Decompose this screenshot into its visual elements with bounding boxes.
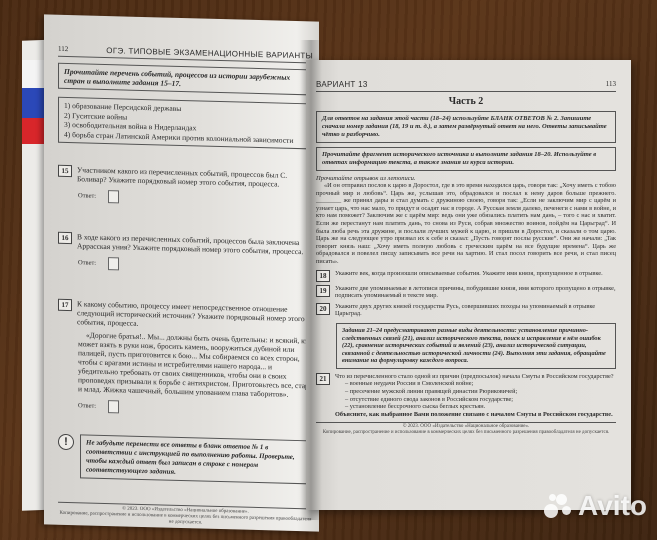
watermark-text: Avito: [578, 490, 647, 522]
flag-stripe-white: [22, 60, 44, 88]
left-page-number: 112: [58, 45, 68, 54]
avito-watermark: Avito: [544, 490, 647, 522]
excerpt-intro: Прочитайте отрывок из летописи.: [316, 175, 616, 182]
exclamation-icon: !: [58, 434, 74, 450]
running-header-right: ВАРИАНТ 13: [316, 80, 368, 89]
question-number: 20: [316, 303, 330, 315]
question-text: Укажите две упоминаемые в летописи причи…: [335, 285, 616, 300]
question-16: 16 В ходе какого из перечисленных событи…: [58, 232, 313, 276]
answer-cell[interactable]: [108, 190, 119, 203]
question-18: 18 Укажите век, когда произошли описывае…: [316, 270, 616, 282]
chronicle-excerpt: «И он отправил послов к царю в Доростол,…: [316, 182, 616, 266]
question-text: Участником какого из перечисленных событ…: [77, 165, 313, 189]
reminder-box: Не забудьте перенести все ответы в бланк…: [80, 434, 313, 484]
flag-stripe-red: [22, 118, 44, 144]
question-21-options: военные неудачи России в Смоленской войн…: [345, 380, 614, 410]
question-number: 19: [316, 285, 330, 297]
question-text: Укажите двух других князей государства Р…: [335, 303, 616, 318]
avito-logo-icon: [544, 492, 574, 520]
question-20: 20 Укажите двух других князей государств…: [316, 303, 616, 318]
option-item: пресечение мужской линии правящей династ…: [345, 388, 614, 396]
instruction-text: Прочитайте перечень событий, процессов и…: [64, 67, 290, 88]
question-number: 16: [58, 232, 72, 244]
question-17: 17 К какому событию, процессу имеет непо…: [58, 299, 313, 419]
part-instruction-text: Для ответов на задания этой части (18–24…: [322, 115, 607, 138]
question-15: 15 Участником какого из перечисленных со…: [58, 165, 313, 209]
question-number: 17: [58, 299, 72, 311]
left-page: 112 ОГЭ. ТИПОВЫЕ ЭКЗАМЕНАЦИОННЫЕ ВАРИАНТ…: [44, 14, 319, 531]
answer-label: Ответ:: [78, 402, 96, 409]
source-instruction-text: Прочитайте фрагмент исторического источн…: [322, 151, 596, 166]
option-item: установление бессрочного сыска беглых кр…: [345, 403, 614, 411]
events-list: 1) образование Персидской державы 2) Гус…: [58, 97, 313, 150]
footer-notice: Копирование, распространение и использов…: [316, 430, 616, 436]
answer-label: Ответ:: [78, 192, 96, 199]
question-number: 21: [316, 373, 330, 385]
question-text: К какому событию, процессу имеет непосре…: [77, 299, 313, 332]
historical-quote: «Дорогие братья!.. Мы... должны быть оче…: [78, 330, 313, 399]
answer-cell[interactable]: [108, 400, 119, 413]
part-title: Часть 2: [316, 96, 616, 107]
tasks-note-text: Задания 21–24 предусматривают разные вид…: [342, 327, 606, 364]
tasks-note-box: Задания 21–24 предусматривают разные вид…: [336, 323, 616, 369]
part-instruction-box: Для ответов на задания этой части (18–24…: [316, 111, 616, 143]
right-page: ВАРИАНТ 13 113 Часть 2 Для ответов на за…: [306, 60, 631, 510]
option-item: военные неудачи России в Смоленской войн…: [345, 380, 614, 388]
question-number: 15: [58, 165, 72, 177]
question-text: Укажите век, когда произошли описываемые…: [335, 270, 603, 278]
answer-label: Ответ:: [78, 259, 96, 266]
question-text: Что из перечисленного стало одной из при…: [335, 373, 614, 381]
question-number: 18: [316, 270, 330, 282]
question-text: В ходе какого из перечисленных событий, …: [77, 232, 313, 256]
source-instruction-box: Прочитайте фрагмент исторического источн…: [316, 147, 616, 171]
header-rule: [316, 91, 616, 92]
question-21: 21 Что из перечисленного стало одной из …: [316, 373, 616, 419]
right-page-number: 113: [606, 80, 616, 89]
answer-cell[interactable]: [108, 257, 119, 270]
question-followup: Объясните, как выбранное Вами положение …: [335, 411, 614, 419]
reminder-block: ! Не забудьте перенести все ответы в бла…: [58, 434, 313, 485]
flag-stripe-blue: [22, 88, 44, 120]
instruction-box: Прочитайте перечень событий, процессов и…: [58, 63, 313, 96]
reminder-text: Не забудьте перенести все ответы в бланк…: [86, 438, 295, 475]
option-item: отсутствие единого свода законов в Росси…: [345, 396, 614, 404]
question-19: 19 Укажите две упоминаемые в летописи пр…: [316, 285, 616, 300]
